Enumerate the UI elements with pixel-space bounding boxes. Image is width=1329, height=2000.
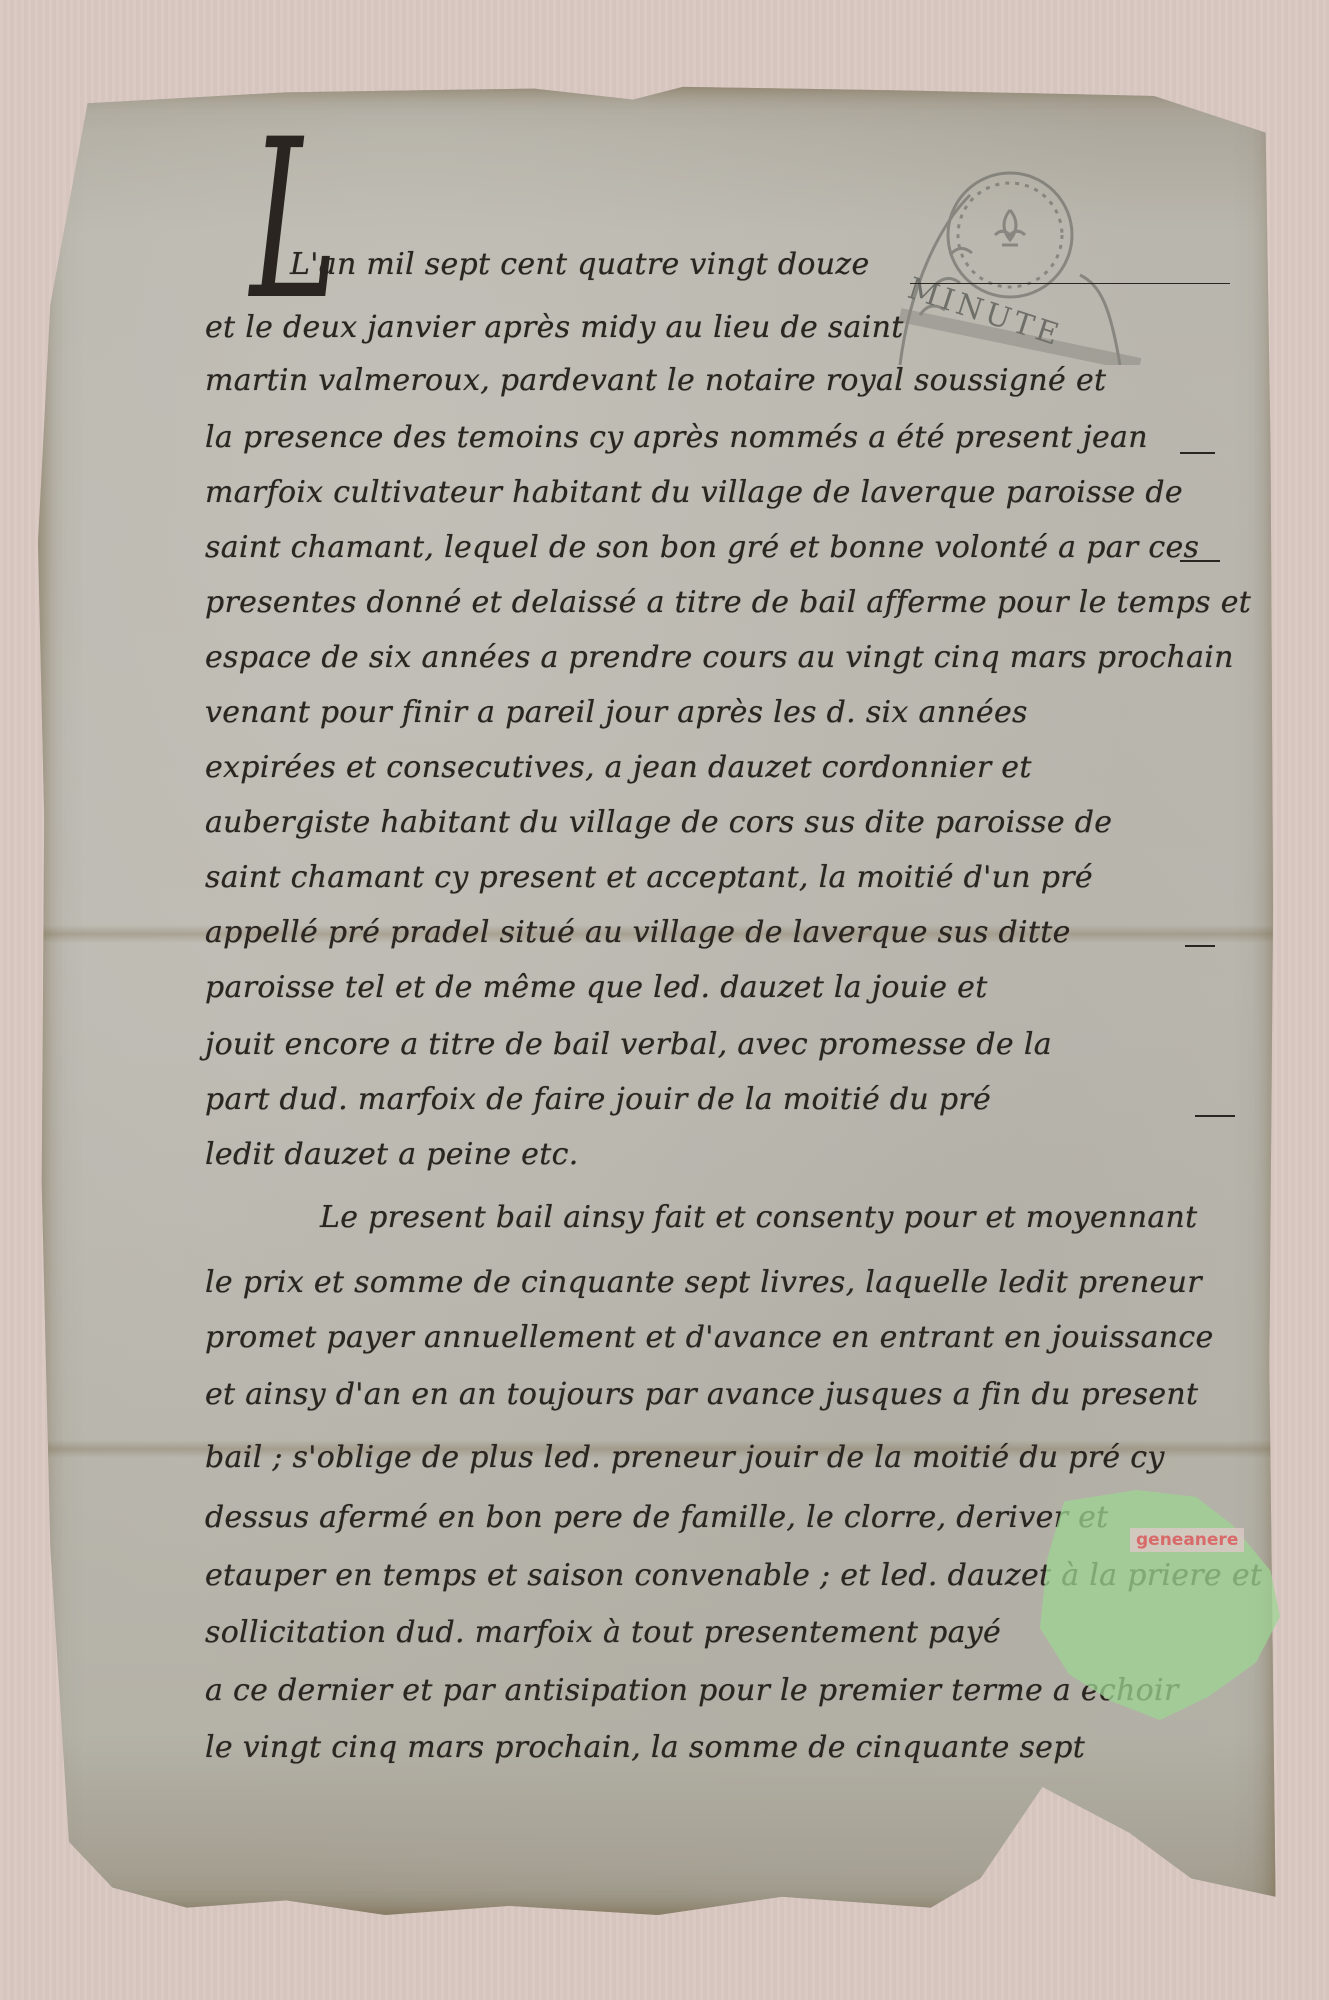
text-line: espace de six années a prendre cours au … xyxy=(205,640,1234,675)
text-line: venant pour finir a pareil jour après le… xyxy=(205,695,1028,730)
text-line: paroisse tel et de même que led. dauzet … xyxy=(205,970,988,1005)
text-line: expirées et consecutives, a jean dauzet … xyxy=(205,750,1032,785)
text-line: et le deux janvier après midy au lieu de… xyxy=(205,310,904,345)
text-line: le vingt cinq mars prochain, la somme de… xyxy=(205,1730,1085,1765)
text-line: promet payer annuellement et d'avance en… xyxy=(205,1320,1214,1355)
text-line: dessus afermé en bon pere de famille, le… xyxy=(205,1500,1109,1535)
text-line: sollicitation dud. marfoix à tout presen… xyxy=(205,1615,1001,1650)
text-line: Le present bail ainsy fait et consenty p… xyxy=(320,1200,1198,1235)
text-line: saint chamant cy present et acceptant, l… xyxy=(205,860,1093,895)
line-end-dash xyxy=(1180,452,1215,454)
text-line: appellé pré pradel situé au village de l… xyxy=(205,915,1071,950)
text-line: la presence des temoins cy après nommés … xyxy=(205,420,1148,455)
text-line: aubergiste habitant du village de cors s… xyxy=(205,805,1112,840)
margin-rule xyxy=(910,283,1230,284)
text-line: presentes donné et delaissé a titre de b… xyxy=(205,585,1251,620)
text-line: marfoix cultivateur habitant du village … xyxy=(205,475,1183,510)
text-line: a ce dernier et par antisipation pour le… xyxy=(205,1673,1179,1708)
text-line: saint chamant, lequel de son bon gré et … xyxy=(205,530,1199,565)
watermark-label: geneanere xyxy=(1130,1528,1244,1552)
text-line: part dud. marfoix de faire jouir de la m… xyxy=(205,1082,991,1117)
text-line: jouit encore a titre de bail verbal, ave… xyxy=(205,1027,1052,1062)
text-line: ledit dauzet a peine etc. xyxy=(205,1137,579,1172)
text-line: le prix et somme de cinquante sept livre… xyxy=(205,1265,1202,1300)
line-end-dash xyxy=(1195,1115,1235,1117)
line-end-dash xyxy=(1185,945,1215,947)
text-line: bail ; s'oblige de plus led. preneur jou… xyxy=(205,1440,1165,1475)
text-line: martin valmeroux, pardevant le notaire r… xyxy=(205,363,1106,398)
text-line: et ainsy d'an en an toujours par avance … xyxy=(205,1377,1198,1412)
text-line: L'an mil sept cent quatre vingt douze xyxy=(290,247,870,282)
line-end-dash xyxy=(1180,560,1220,562)
